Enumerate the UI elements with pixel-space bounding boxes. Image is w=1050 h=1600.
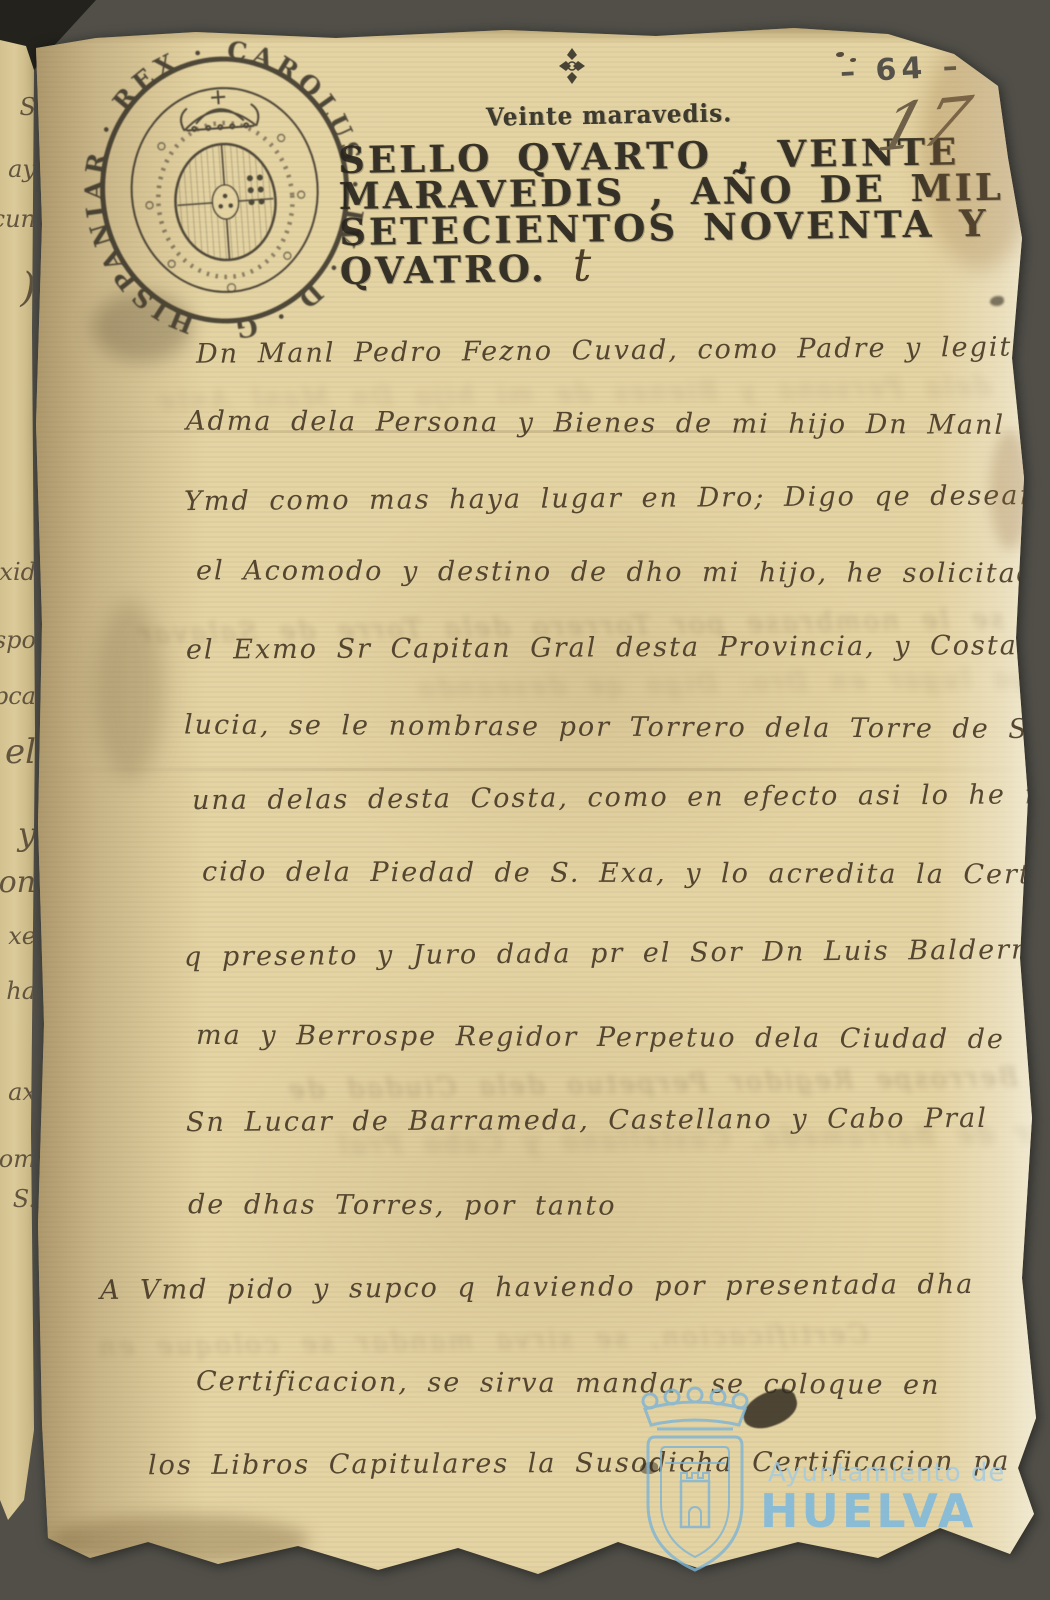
- ink-speck: [850, 58, 856, 62]
- page-fragment: pca: [0, 682, 36, 710]
- watermark-huelva-text: HUELVA: [760, 1484, 976, 1538]
- paper-stain: [990, 430, 1030, 550]
- paper-stain: [95, 600, 165, 780]
- tax-stamp-text: SELLO QVARTO , VEINTE MARAVEDIS , AÑO DE…: [338, 134, 920, 289]
- page-fragment: ay: [8, 155, 36, 183]
- manuscript-scan: S ay cun ) xid spo pca el y Pon xe ha ax…: [0, 0, 1050, 1600]
- manuscript-line: el Exmo Sr Capitan Gral desta Provincia,…: [186, 629, 1050, 665]
- page-fragment: Pon: [0, 865, 36, 900]
- ink-speck: [990, 296, 1004, 306]
- page-fragment: S.: [13, 1185, 36, 1213]
- manuscript-line: Adma dela Persona y Bienes de mi hijo Dn…: [186, 406, 1050, 442]
- paper-stain: [50, 1515, 310, 1565]
- notary-rubric: t: [572, 238, 591, 292]
- manuscript-line: ma y Berrospe Regidor Perpetuo dela Ciud…: [196, 1020, 1005, 1055]
- manuscript-line: Sn Lucar de Barrameda, Castellano y Cabo…: [186, 1103, 988, 1138]
- manuscript-line: lucia, se le nombrase por Torrero dela T…: [184, 710, 1050, 746]
- page-fragment: xid: [0, 558, 36, 586]
- ink-bleedthrough: Ymd como mas haya lugar en Dro; Digo qe …: [416, 658, 1050, 704]
- stamp-line: SETECIENTOS NOVENTA Y: [339, 206, 919, 250]
- paper-stain: [920, 30, 1040, 270]
- manuscript-line: una delas desta Costa, como en efecto as…: [192, 779, 1050, 816]
- manuscript-line: el Acomodo y destino de dho mi hijo, he …: [196, 555, 1050, 589]
- manuscript-line: Dn Manl Pedro Fezno Cuvad, como Padre y …: [196, 331, 1050, 370]
- ink-bleedthrough: ma y Berrospe Regidor Perpetuo dela Ciud…: [286, 1061, 1050, 1106]
- printers-cross-icon: [557, 48, 587, 84]
- manuscript-line: cido dela Piedad de S. Exa, y lo acredit…: [202, 856, 1050, 890]
- page-fragment: xe: [8, 922, 36, 950]
- page-fragment: ha: [6, 977, 36, 1005]
- manuscript-line: A Vmd pido y supco q haviendo por presen…: [100, 1269, 974, 1306]
- page-fragment: ax: [8, 1078, 36, 1106]
- manuscript-line: q presento y Juro dada pr el Sor Dn Luis…: [184, 934, 1044, 973]
- page-fragment: ): [20, 265, 36, 311]
- manuscript-line: de dhas Torres, por tanto: [188, 1189, 617, 1221]
- page-fragment: el: [5, 732, 36, 772]
- page-fragment: om: [0, 1145, 36, 1173]
- tax-small-print: Veinte maravedis.: [486, 99, 733, 132]
- previous-page-edge: S ay cun ) xid spo pca el y Pon xe ha ax…: [0, 30, 36, 1535]
- manuscript-line: Certificacion, se sirva mandar se coloqu…: [196, 1366, 941, 1401]
- seal-smudge: [92, 292, 192, 362]
- page-fragment: y: [18, 815, 36, 853]
- document-paper: lucia, se le nombrase por Torrero dela T…: [36, 26, 1036, 1600]
- manuscript-line: Ymd como mas haya lugar en Dro; Digo qe …: [184, 480, 1050, 517]
- page-fragment: cun: [0, 205, 36, 233]
- fold-crease: [36, 768, 1036, 771]
- ink-bleedthrough: Certificacion, se sirva mandar se coloqu…: [96, 1319, 868, 1362]
- page-fragment: S: [20, 93, 36, 121]
- page-fragment: spo: [0, 626, 36, 654]
- paper-surface: lucia, se le nombrase por Torrero dela T…: [36, 26, 1036, 1600]
- huelva-crest-icon: [625, 1385, 765, 1595]
